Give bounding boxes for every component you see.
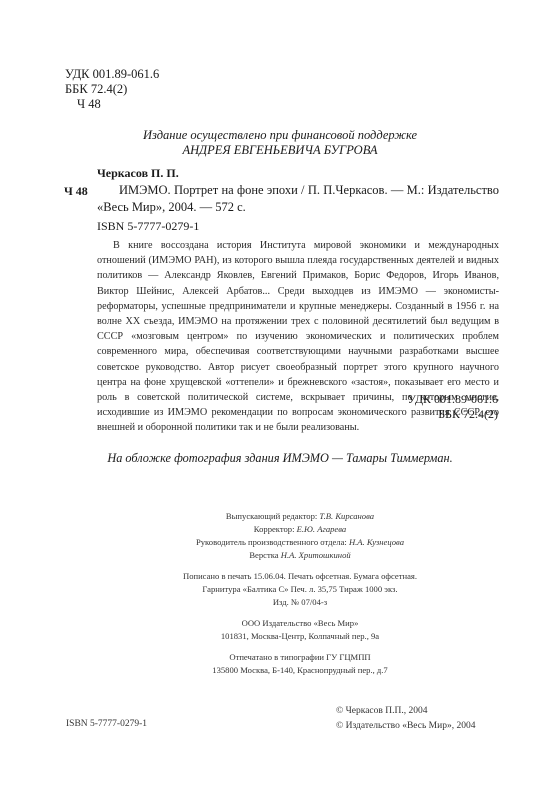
cover-note: На обложке фотография здания ИМЭМО — Там…: [60, 451, 500, 466]
udk-code: УДК 001.89-061.6: [65, 67, 159, 82]
publisher-address: 101831, Москва-Центр, Колпачный пер., 9а: [150, 630, 450, 643]
udk-code-right: УДК 001.89-061.6: [330, 392, 498, 407]
copyright-block: © Черкасов П.П., 2004 © Издательство «Ве…: [336, 704, 475, 734]
classification-block-right: УДК 001.89-061.6 ББК 72.4(2): [330, 392, 498, 422]
bib-author: Черкасов П. П.: [97, 166, 179, 181]
credit-name: Н.А. Кузнецова: [349, 537, 404, 547]
credit-layout: Верстка Н.А. Хритошкиной: [150, 549, 450, 562]
credit-name: Н.А. Хритошкиной: [281, 550, 351, 560]
copyright-author: © Черкасов П.П., 2004: [336, 704, 475, 719]
credits-block: Выпускающий редактор: Т.В. Кирсанова Кор…: [150, 510, 450, 677]
credit-label: Корректор:: [254, 524, 295, 534]
credit-production: Руководитель производственного отдела: Н…: [150, 536, 450, 549]
bbk-code: ББК 72.4(2): [65, 82, 159, 97]
author-mark: Ч 48: [65, 97, 159, 112]
credit-corrector: Корректор: Е.Ю. Агарева: [150, 523, 450, 536]
credit-label: Выпускающий редактор:: [226, 511, 317, 521]
printer-name: Отпечатано в типографии ГУ ГЦМПП: [150, 651, 450, 664]
classification-block-top: УДК 001.89-061.6 ББК 72.4(2) Ч 48: [65, 67, 159, 112]
copyright-publisher: © Издательство «Весь Мир», 2004: [336, 719, 475, 734]
bib-description: ИМЭМО. Портрет на фоне эпохи / П. П.Черк…: [97, 182, 499, 216]
print-info-1: Пописано в печать 15.06.04. Печать офсет…: [150, 570, 450, 583]
bib-author-mark: Ч 48: [64, 184, 88, 199]
sponsor-name: АНДРЕЯ ЕВГЕНЬЕВИЧА БУГРОВА: [60, 143, 500, 158]
credit-label: Руководитель производственного отдела:: [196, 537, 347, 547]
bib-isbn: ISBN 5-7777-0279-1: [97, 219, 199, 234]
bbk-code-right: ББК 72.4(2): [330, 407, 498, 422]
sponsor-note: Издание осуществлено при финансовой подд…: [60, 128, 500, 158]
publisher-name: ООО Издательство «Весь Мир»: [150, 617, 450, 630]
credit-label: Верстка: [249, 550, 278, 560]
print-info-3: Изд. № 07/04-з: [150, 596, 450, 609]
sponsor-line: Издание осуществлено при финансовой подд…: [60, 128, 500, 143]
credit-name: Т.В. Кирсанова: [319, 511, 374, 521]
footer-isbn: ISBN 5-7777-0279-1: [66, 719, 147, 729]
credit-editor: Выпускающий редактор: Т.В. Кирсанова: [150, 510, 450, 523]
print-info-2: Гарнитура «Балтика С» Печ. л. 35,75 Тира…: [150, 583, 450, 596]
printer-address: 135800 Москва, Б-140, Краснопрудный пер.…: [150, 664, 450, 677]
credit-name: Е.Ю. Агарева: [297, 524, 347, 534]
